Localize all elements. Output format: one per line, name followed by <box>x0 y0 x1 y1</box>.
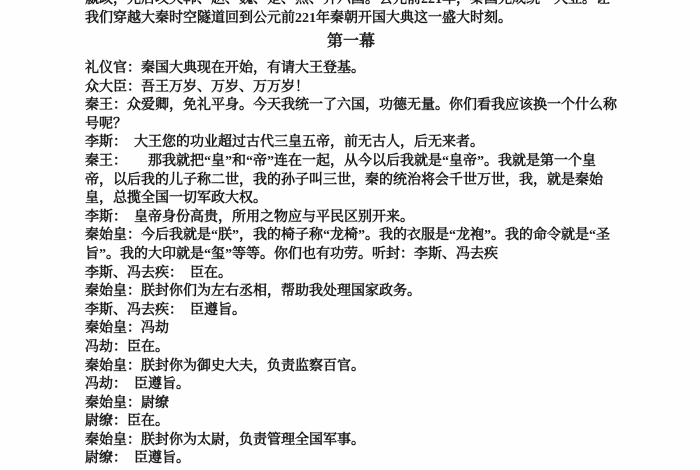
dialogue-line: 尉缭：臣在。 <box>85 413 617 432</box>
dialogue-text: 臣在。 <box>127 340 169 355</box>
speaker-label: 秦始皇： <box>85 359 141 374</box>
dialogue-text: 臣在。 <box>176 266 232 281</box>
script-document-page: 嬴政，先后攻灭韩、赵、魏、楚、燕、齐六国。公元前221年，秦国完成统一大业。让我… <box>0 0 700 470</box>
speaker-label: 众大臣： <box>85 80 141 95</box>
speaker-label: 秦王： <box>85 154 120 169</box>
dialogue-text: 臣遵旨。 <box>120 377 190 392</box>
dialogue-text: 冯劫 <box>141 321 169 336</box>
dialogue-text: 臣遵旨。 <box>176 303 246 318</box>
text-block: 嬴政，先后攻灭韩、赵、魏、楚、燕、齐六国。公元前221年，秦国完成统一大业。让我… <box>85 0 617 469</box>
speaker-label: 李斯： <box>85 135 120 150</box>
dialogue-line: 李斯、冯去疾： 臣在。 <box>85 265 617 284</box>
dialogue-text: 臣在。 <box>127 414 169 429</box>
speaker-label: 冯劫： <box>85 340 127 355</box>
speaker-label: 尉缭： <box>85 414 127 429</box>
speaker-label: 秦始皇： <box>85 433 141 448</box>
dialogue-line: 礼仪官：秦国大典现在开始，有请大王登基。 <box>85 60 617 79</box>
dialogue-line: 秦王： 那我就把“皇”和“帝”连在一起，从今以后我就是“皇帝”。我就是第一个皇帝… <box>85 153 617 209</box>
speaker-label: 李斯、冯去疾： <box>85 303 176 318</box>
dialogue-line: 众大臣：吾王万岁、万岁、万万岁！ <box>85 79 617 98</box>
speaker-label: 李斯： <box>85 210 120 225</box>
dialogue-line: 李斯、冯去疾： 臣遵旨。 <box>85 302 617 321</box>
dialogue-line: 秦始皇：朕封你为太尉，负责管理全国军事。 <box>85 432 617 451</box>
dialogue-text: 秦国大典现在开始，有请大王登基。 <box>141 61 365 76</box>
speaker-label: 秦始皇： <box>85 396 141 411</box>
dialogue-line: 秦始皇：今后我就是“朕”，我的椅子称“龙椅”。我的衣服是“龙袍”。我的命令就是“… <box>85 227 617 264</box>
speaker-label: 李斯、冯去疾： <box>85 266 176 281</box>
dialogue-line: 秦始皇：尉缭 <box>85 395 617 414</box>
dialogue-text: 尉缭 <box>141 396 169 411</box>
dialogue-text: 皇帝身份高贵，所用之物应与平民区别开来。 <box>120 210 414 225</box>
dialogue-list: 礼仪官：秦国大典现在开始，有请大王登基。众大臣：吾王万岁、万岁、万万岁！秦王：众… <box>85 60 617 469</box>
dialogue-line: 尉缭： 臣遵旨。 <box>85 450 617 469</box>
dialogue-line: 秦始皇：朕封你为御史大夫，负责监察百官。 <box>85 358 617 377</box>
speaker-label: 尉缭： <box>85 451 120 466</box>
act-title: 第一幕 <box>85 32 617 52</box>
dialogue-text: 大王您的功业超过古代三皇五帝，前无古人，后无来者。 <box>120 135 484 150</box>
dialogue-text: 臣遵旨。 <box>120 451 190 466</box>
narration-paragraph: 嬴政，先后攻灭韩、赵、魏、楚、燕、齐六国。公元前221年，秦国完成统一大业。让我… <box>85 0 617 28</box>
speaker-label: 秦始皇： <box>85 321 141 336</box>
dialogue-line: 秦王：众爱卿，免礼平身。今天我统一了六国，功德无量。你们看我应该换一个什么称号呢… <box>85 97 617 134</box>
dialogue-line: 冯劫： 臣遵旨。 <box>85 376 617 395</box>
dialogue-text: 今后我就是“朕”，我的椅子称“龙椅”。我的衣服是“龙袍”。我的命令就是“圣旨”。… <box>85 228 610 262</box>
dialogue-line: 冯劫：臣在。 <box>85 339 617 358</box>
dialogue-text: 吾王万岁、万岁、万万岁！ <box>141 80 309 95</box>
speaker-label: 秦始皇： <box>85 284 141 299</box>
speaker-label: 秦始皇： <box>85 228 141 243</box>
dialogue-text: 朕封你为御史大夫，负责监察百官。 <box>141 359 365 374</box>
dialogue-text: 朕封你们为左右丞相，帮助我处理国家政务。 <box>141 284 421 299</box>
dialogue-text: 朕封你为太尉，负责管理全国军事。 <box>141 433 365 448</box>
speaker-label: 冯劫： <box>85 377 120 392</box>
dialogue-text: 众爱卿，免礼平身。今天我统一了六国，功德无量。你们看我应该换一个什么称号呢？ <box>85 98 617 132</box>
dialogue-line: 李斯： 大王您的功业超过古代三皇五帝，前无古人，后无来者。 <box>85 134 617 153</box>
dialogue-line: 秦始皇：朕封你们为左右丞相，帮助我处理国家政务。 <box>85 283 617 302</box>
speaker-label: 秦王： <box>85 98 127 113</box>
dialogue-line: 李斯： 皇帝身份高贵，所用之物应与平民区别开来。 <box>85 209 617 228</box>
dialogue-text: 那我就把“皇”和“帝”连在一起，从今以后我就是“皇帝”。我就是第一个皇帝，以后我… <box>85 154 603 206</box>
dialogue-line: 秦始皇：冯劫 <box>85 320 617 339</box>
speaker-label: 礼仪官： <box>85 61 141 76</box>
